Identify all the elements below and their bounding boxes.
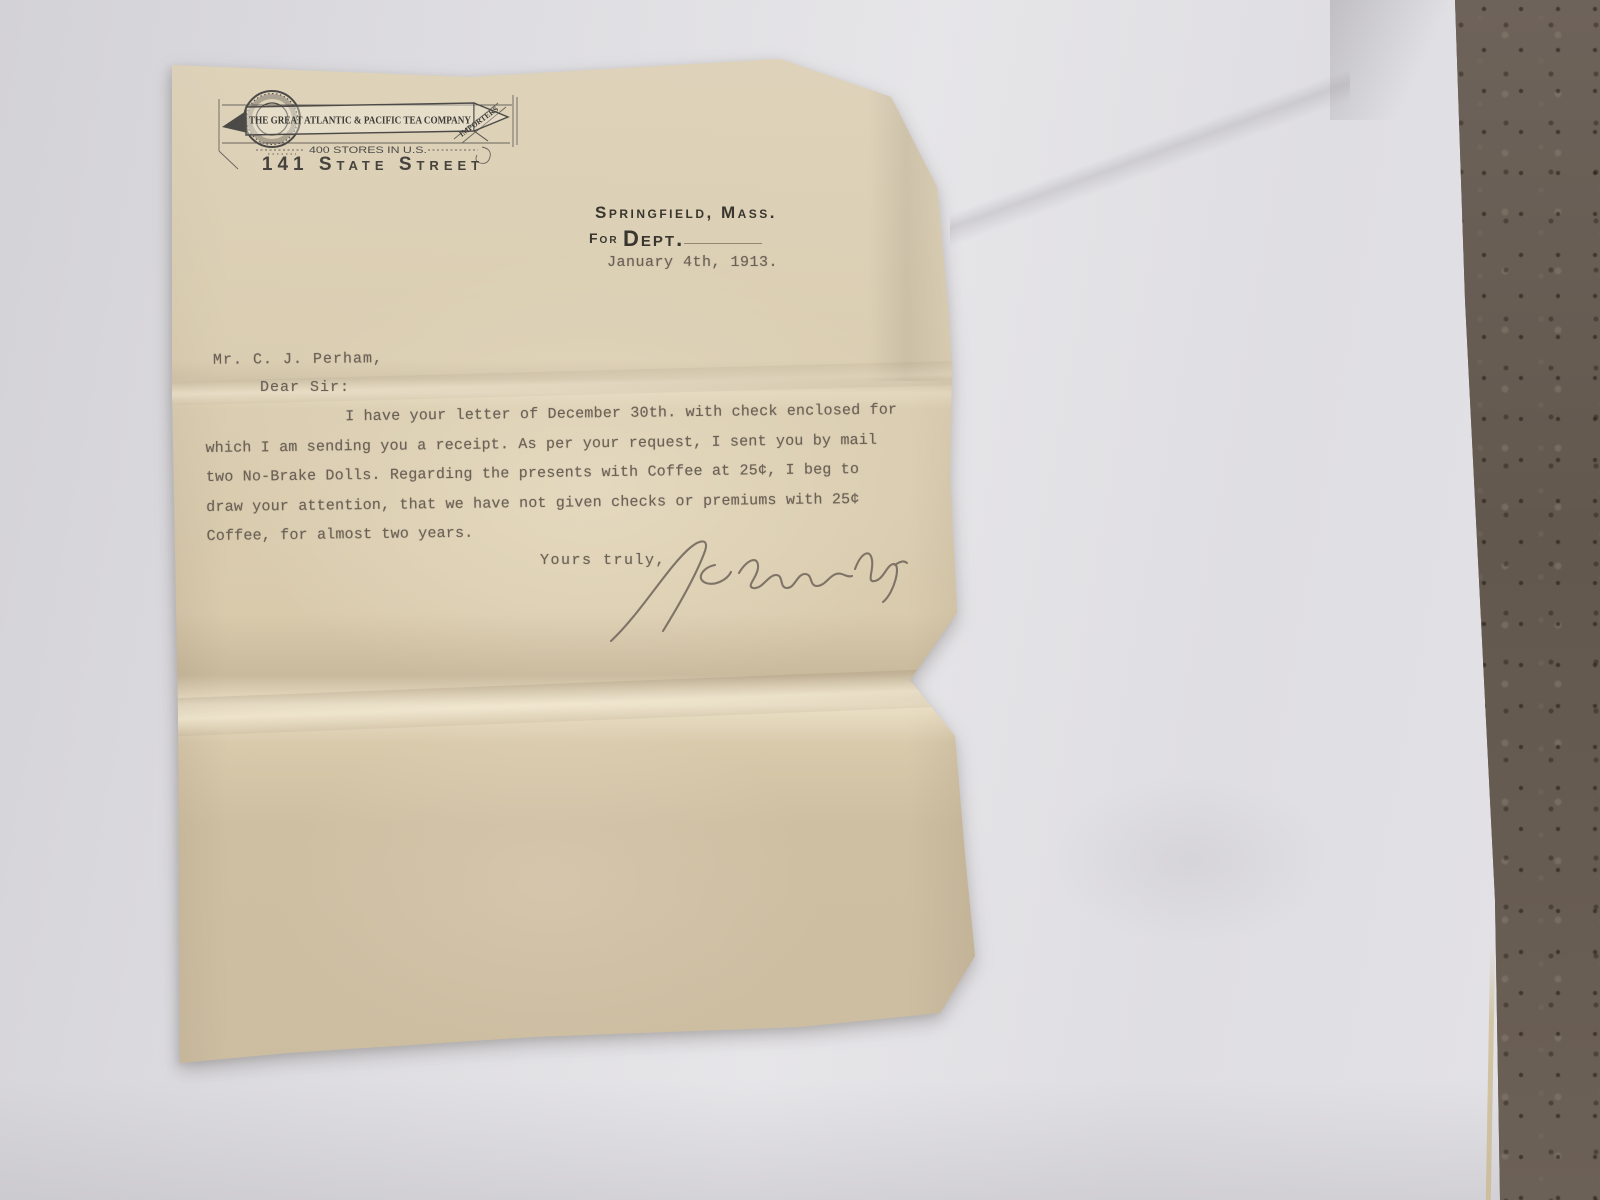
fold-shade: [868, 89, 954, 381]
dept-blank-rule: [684, 243, 762, 244]
department-line: For Dept.: [589, 226, 762, 252]
dark-textured-surface: [1440, 0, 1600, 1200]
street-address: 141 State Street: [238, 154, 508, 176]
backing-sheet-crease: [950, 0, 1350, 320]
letter-paper: THE GREAT ATLANTIC & PACIFIC TEA COMPANY…: [168, 55, 980, 1067]
dept-prefix: For: [589, 230, 619, 246]
handwritten-signature: [603, 513, 913, 648]
photo-of-letter: THE GREAT ATLANTIC & PACIFIC TEA COMPANY…: [0, 0, 1600, 1200]
recipient-line: Mr. C. J. Perham,: [213, 350, 383, 368]
salutation-line: Dear Sir:: [260, 379, 350, 396]
lower-fold-crease: [168, 667, 981, 736]
dept-label: Dept.: [623, 226, 684, 251]
date-line: January 4th, 1913.: [607, 254, 778, 271]
backing-sheet-corner-shade: [1330, 0, 1470, 120]
letter-paper-wrapper: THE GREAT ATLANTIC & PACIFIC TEA COMPANY…: [168, 55, 980, 1067]
logo-company-name: THE GREAT ATLANTIC & PACIFIC TEA COMPANY: [249, 115, 471, 127]
backing-sheet-highlight: [980, 650, 1400, 1070]
backing-sheet-bottom-shade: [0, 1080, 1500, 1200]
city-line: Springfield, Mass.: [595, 203, 777, 223]
